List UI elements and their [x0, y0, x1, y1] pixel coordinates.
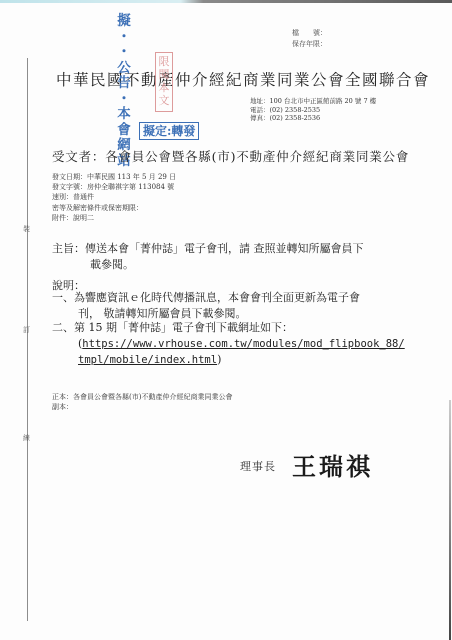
stamp-char: ・	[116, 30, 132, 46]
subject-line-1: 主旨：傳送本會「菁仲誌」電子會刊，請 查照並轉知所屬會員下	[52, 241, 397, 257]
stamp-char: 本	[116, 107, 132, 123]
item-text-cont: 刊， 敬請轉知所屬會員下載參閱。	[52, 306, 360, 322]
stamp-char: 會	[116, 123, 132, 139]
stamp-char: 告	[116, 76, 132, 92]
signatory-name: 王瑞祺	[292, 447, 373, 482]
archive-info: 檔 號： 保存年限：	[292, 28, 327, 50]
blue-vertical-stamp: 擬 ・ ・ 公 告 ・ 本 會 網 站	[116, 14, 132, 169]
recipient: 受文者：各會員公會暨各縣(市)不動產仲介經紀商業同業公會	[52, 147, 409, 165]
stamp-char: 擬	[116, 14, 132, 30]
binding-mark-xian: 線	[23, 433, 30, 443]
stamp-char: ・	[116, 45, 132, 61]
stamp-char: 公	[116, 61, 132, 77]
item-text: 第 15 期「菁仲誌」電子會刊下載網址如下：	[74, 321, 293, 334]
download-url-part-1[interactable]: https://www.vrhouse.com.tw/modules/mod_f…	[82, 338, 404, 350]
subject-line-2: 載參閱。	[52, 257, 397, 273]
document-number: 發文字號：房仲全聯祺字第 113084 號	[52, 182, 176, 192]
copy-recipient: 副本：	[52, 402, 232, 412]
item-text: 為響應資訊ｅ化時代傳播訊息，本會會刊全面更新為電子會	[74, 291, 360, 304]
scan-top-edge	[0, 0, 452, 3]
seal-char: 閱	[156, 68, 172, 81]
attachment: 附件：說明二	[52, 213, 176, 223]
explanation-item-2: 二、第 15 期「菁仲誌」電子會刊下載網址如下： (https://www.vr…	[52, 320, 405, 369]
distribution: 正本：各會員公會暨各縣(市)不動產仲介經紀商業同業公會 副本：	[52, 392, 232, 412]
signatory-title: 理事長	[240, 458, 276, 474]
item-number: 二、	[52, 321, 74, 334]
org-name: 中華民國不動產仲介經紀商業同業公會全國聯合會	[56, 71, 430, 89]
binding-mark-ding: 訂	[23, 325, 30, 335]
archive-number-label: 檔 號：	[292, 28, 327, 39]
security-level: 密等及解密條件或保密期限：	[52, 203, 176, 213]
original-recipient: 正本：各會員公會暨各縣(市)不動產仲介經紀商業同業公會	[52, 392, 232, 402]
seal-char: 文	[156, 94, 172, 107]
item-number: 一、	[52, 291, 74, 304]
draft-forward-stamp: 擬定:轉發	[139, 122, 199, 140]
paren-close: )	[217, 353, 221, 366]
contact-info: 地址：100 台北市中正區館前路 20 號 7 樓 電話：(02) 2358-2…	[250, 97, 376, 123]
binding-mark-zhuang: 裝	[23, 224, 30, 234]
seal-char: 限	[156, 55, 172, 68]
binding-line	[27, 58, 28, 621]
document-meta: 發文日期：中華民國 113 年 5 月 29 日 發文字號：房仲全聯祺字第 11…	[52, 172, 176, 223]
seal-char: 本	[156, 81, 172, 94]
issue-date: 發文日期：中華民國 113 年 5 月 29 日	[52, 172, 176, 182]
delivery-speed: 速別：普通件	[52, 192, 176, 202]
retention-period-label: 保存年限：	[292, 39, 327, 50]
address: 地址：100 台北市中正區館前路 20 號 7 樓	[250, 97, 376, 106]
subject: 主旨：傳送本會「菁仲誌」電子會刊，請 查照並轉知所屬會員下 載參閱。	[52, 241, 397, 272]
scan-right-edge	[449, 400, 451, 640]
red-seal-stamp: 限 閱 本 文	[155, 52, 173, 112]
fax: 傳真：(02) 2358-2536	[250, 114, 376, 123]
explanation-item-1: 一、為響應資訊ｅ化時代傳播訊息，本會會刊全面更新為電子會 刊， 敬請轉知所屬會員…	[52, 290, 360, 321]
stamp-char: ・	[116, 92, 132, 108]
phone: 電話：(02) 2358-2535	[250, 106, 376, 115]
download-url-part-2[interactable]: tmpl/mobile/index.html	[78, 354, 217, 366]
